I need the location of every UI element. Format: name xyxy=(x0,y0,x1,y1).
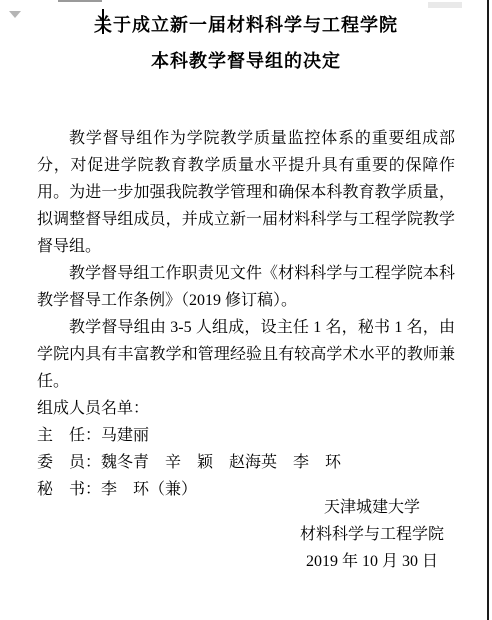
paragraph-3: 教学督导组由 3-5 人组成，设主任 1 名，秘书 1 名，由学院内具有丰富教学… xyxy=(37,314,455,395)
roster-heading: 组成人员名单： xyxy=(37,395,455,422)
title-line-1: 关于成立新一届材料科学与工程学院 xyxy=(0,7,492,43)
scan-artifact-smudge xyxy=(428,2,462,8)
scan-artifact-dash xyxy=(58,0,102,2)
signature-date: 2019 年 10 月 30 日 xyxy=(272,548,472,575)
document-page[interactable]: 关于成立新一届材料科学与工程学院 本科教学督导组的决定 教学督导组作为学院教学质… xyxy=(0,0,492,620)
roster-line-director: 主 任：马建丽 xyxy=(37,422,455,449)
signature-college: 材料科学与工程学院 xyxy=(272,521,472,548)
document-body: 教学督导组作为学院教学质量监控体系的重要组成部分，对促进学院教育教学质量水平提升… xyxy=(37,125,455,503)
roster-line-members: 委 员：魏冬青 辛 颖 赵海英 李 环 xyxy=(37,449,455,476)
title-line-2: 本科教学督导组的决定 xyxy=(0,43,492,79)
chevron-down-icon xyxy=(9,11,21,18)
signature-university: 天津城建大学 xyxy=(272,494,472,521)
text-cursor xyxy=(102,9,104,34)
document-title: 关于成立新一届材料科学与工程学院 本科教学督导组的决定 xyxy=(0,0,492,79)
signature-block: 天津城建大学 材料科学与工程学院 2019 年 10 月 30 日 xyxy=(272,494,472,575)
paragraph-2: 教学督导组工作职责见文件《材料科学与工程学院本科教学督导工作条例》（2019 修… xyxy=(37,260,455,314)
page-edge-line xyxy=(487,0,489,620)
paragraph-1: 教学督导组作为学院教学质量监控体系的重要组成部分，对促进学院教育教学质量水平提升… xyxy=(37,125,455,260)
